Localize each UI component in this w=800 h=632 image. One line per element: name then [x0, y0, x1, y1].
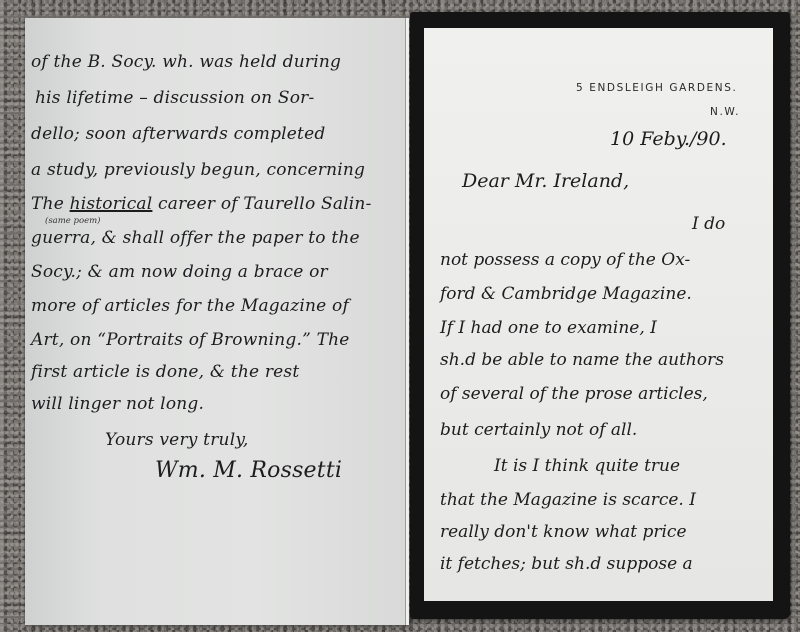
- signature: Wm. M. Rossetti: [155, 458, 342, 483]
- letterhead-address: 5 ENDSLEIGH GARDENS.: [576, 82, 737, 94]
- handwritten-line: but certainly not of all.: [440, 420, 637, 440]
- handwritten-line: Socy.; & am now doing a brace or: [31, 262, 328, 282]
- page-fold-edge: [405, 18, 409, 625]
- handwritten-line: The: [31, 194, 70, 214]
- letter-page-left: of the B. Socy. wh. was held during his …: [25, 18, 409, 625]
- handwritten-line: I do: [692, 214, 725, 234]
- handwritten-line: of the B. Socy. wh. was held during: [31, 52, 341, 72]
- handwritten-line: a study, previously begun, concerning: [31, 160, 365, 180]
- underlined-word: historical: [70, 194, 153, 214]
- handwritten-line: will linger not long.: [31, 394, 204, 414]
- handwritten-line: more of articles for the Magazine of: [31, 296, 349, 316]
- salutation: Dear Mr. Ireland,: [462, 170, 629, 192]
- handwritten-line: it fetches; but sh.d suppose a: [440, 554, 693, 574]
- handwritten-line: career of Taurello Salin-: [152, 194, 371, 214]
- letter-date: 10 Feby./90.: [610, 128, 727, 150]
- handwritten-line: not possess a copy of the Ox-: [440, 250, 690, 270]
- letterhead-district: N.W.: [710, 106, 740, 118]
- handwritten-line: It is I think quite true: [494, 456, 680, 476]
- handwritten-line: that the Magazine is scarce. I: [440, 490, 696, 510]
- handwritten-line: his lifetime – discussion on Sor-: [35, 88, 314, 108]
- closing: Yours very truly,: [105, 430, 248, 450]
- handwritten-line-with-underline: The historical career of Taurello Salin-: [31, 194, 372, 214]
- handwritten-line: Art, on “Portraits of Browning.” The: [31, 330, 350, 350]
- handwritten-line: sh.d be able to name the authors: [440, 350, 724, 370]
- interlinear-note: (same poem): [45, 216, 101, 226]
- handwritten-line: first article is done, & the rest: [31, 362, 299, 382]
- letter-page-right: 5 ENDSLEIGH GARDENS. N.W. 10 Feby./90. D…: [424, 28, 773, 601]
- handwritten-line: ford & Cambridge Magazine.: [440, 284, 692, 304]
- handwritten-line: of several of the prose articles,: [440, 384, 708, 404]
- handwritten-line: really don't know what price: [440, 522, 687, 542]
- handwritten-line: dello; soon afterwards completed: [31, 124, 325, 144]
- handwritten-line: If I had one to examine, I: [440, 318, 657, 338]
- handwritten-line: guerra, & shall offer the paper to the: [31, 228, 360, 248]
